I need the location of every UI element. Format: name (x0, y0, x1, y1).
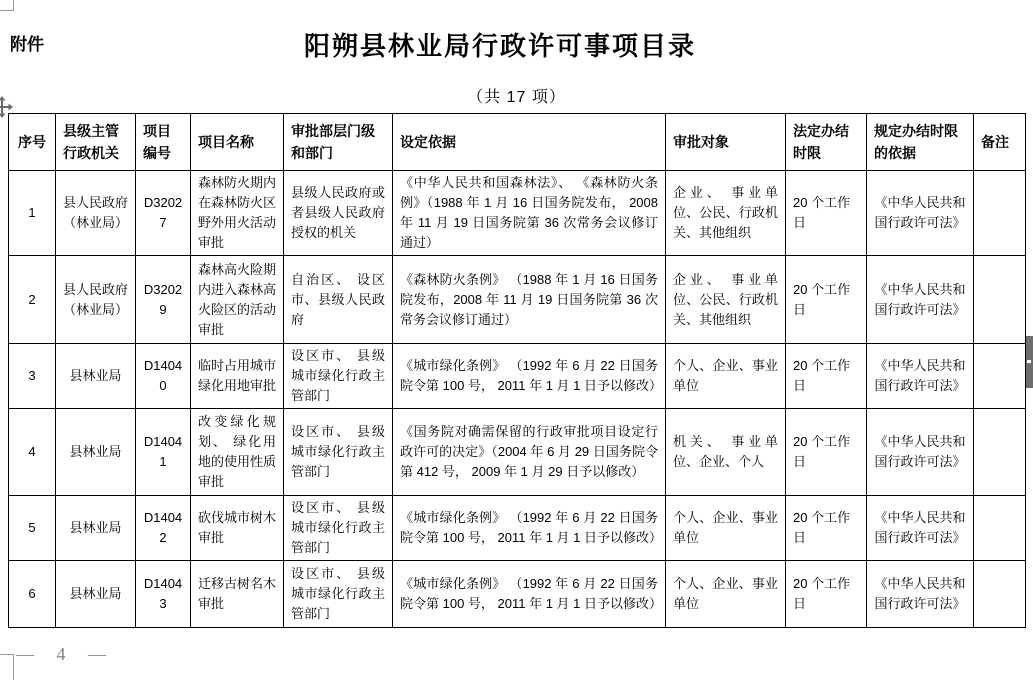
cell-seq: 6 (9, 561, 56, 628)
table-row: 3 县林业局 D14040 临时占用城市绿化用地审批 设区市、 县级城市绿化行政… (9, 344, 1026, 409)
cell-basis: 《城市绿化条例》 （1992 年 6 月 22 日国务院令第 100 号， 20… (393, 496, 666, 561)
cell-name: 改变绿化规划、 绿化用地的使用性质审批 (191, 409, 284, 496)
cell-authority: 县林业局 (56, 344, 136, 409)
licensing-table: 序号 县级主管行政机关 项目编号 项目名称 审批部层门级和部门 设定依据 审批对… (8, 113, 1026, 628)
cell-basis: 《国务院对确需保留的行政审批项目设定行政许可的决定》（2004 年 6 月 29… (393, 409, 666, 496)
cell-name: 临时占用城市绿化用地审批 (191, 344, 284, 409)
cell-note (974, 256, 1026, 344)
cell-seq: 2 (9, 256, 56, 344)
cell-time-limit: 20 个工作日 (786, 171, 867, 256)
header-level-dept: 审批部层门级和部门 (284, 114, 393, 171)
cell-level-dept: 设区市、 县级城市绿化行政主管部门 (284, 496, 393, 561)
cell-authority: 县人民政府（林业局） (56, 256, 136, 344)
header-seq: 序号 (9, 114, 56, 171)
cell-time-limit: 20 个工作日 (786, 561, 867, 628)
header-code: 项目编号 (136, 114, 191, 171)
cell-name: 迁移古树名木审批 (191, 561, 284, 628)
cell-time-basis: 《中华人民共和国行政许可法》 (867, 171, 974, 256)
cell-time-basis: 《中华人民共和国行政许可法》 (867, 256, 974, 344)
cell-level-dept: 设区市、 县级城市绿化行政主管部门 (284, 409, 393, 496)
header-note: 备注 (974, 114, 1026, 171)
cell-level-dept: 自治区、 设区市、县级人民政府 (284, 256, 393, 344)
header-row: 序号 县级主管行政机关 项目编号 项目名称 审批部层门级和部门 设定依据 审批对… (9, 114, 1026, 171)
cell-time-basis: 《中华人民共和国行政许可法》 (867, 409, 974, 496)
page-crop-mark-top (0, 0, 14, 11)
cell-code: D14040 (136, 344, 191, 409)
cell-level-dept: 设区市、 县级城市绿化行政主管部门 (284, 344, 393, 409)
cell-time-basis: 《中华人民共和国行政许可法》 (867, 496, 974, 561)
header-basis: 设定依据 (393, 114, 666, 171)
page-crop-mark-bottom (0, 654, 14, 680)
cell-name: 森林高火险期内进入森林高火险区的活动审批 (191, 256, 284, 344)
cell-target: 机关、 事业单位、企业、个人 (666, 409, 786, 496)
cell-code: D14042 (136, 496, 191, 561)
table-row: 2 县人民政府（林业局） D32029 森林高火险期内进入森林高火险区的活动审批… (9, 256, 1026, 344)
table-row: 5 县林业局 D14042 砍伐城市树木审批 设区市、 县级城市绿化行政主管部门… (9, 496, 1026, 561)
cell-level-dept: 县级人民政府或者县级人民政府授权的机关 (284, 171, 393, 256)
cell-time-limit: 20 个工作日 (786, 256, 867, 344)
cell-target: 个人、企业、事业单位 (666, 496, 786, 561)
cell-note (974, 409, 1026, 496)
cell-seq: 5 (9, 496, 56, 561)
cell-note (974, 561, 1026, 628)
table-row: 1 县人民政府（林业局） D32027 森林防火期内在森林防火区野外用火活动审批… (9, 171, 1026, 256)
cell-basis: 《城市绿化条例》 （1992 年 6 月 22 日国务院令第 100 号， 20… (393, 344, 666, 409)
page-title: 阳朔县林业局行政许可事项目录 (0, 26, 1000, 63)
page-number: — 4 — (16, 644, 115, 665)
cell-name: 森林防火期内在森林防火区野外用火活动审批 (191, 171, 284, 256)
cell-target: 个人、企业、事业单位 (666, 561, 786, 628)
cell-time-basis: 《中华人民共和国行政许可法》 (867, 344, 974, 409)
cell-level-dept: 设区市、 县级城市绿化行政主管部门 (284, 561, 393, 628)
cell-target: 企业、 事业单位、公民、行政机关、其他组织 (666, 256, 786, 344)
cell-code: D14043 (136, 561, 191, 628)
cell-seq: 3 (9, 344, 56, 409)
cell-authority: 县林业局 (56, 496, 136, 561)
cell-basis: 《中华人民共和国森林法》、 《森林防火条例》（1988 年 1 月 16 日国务… (393, 171, 666, 256)
header-name: 项目名称 (191, 114, 284, 171)
cell-authority: 县林业局 (56, 409, 136, 496)
cell-target: 企业、 事业单位、公民、行政机关、其他组织 (666, 171, 786, 256)
header-time-limit: 法定办结时限 (786, 114, 867, 171)
header-time-basis: 规定办结时限的依据 (867, 114, 974, 171)
cell-basis: 《森林防火条例》 （1988 年 1 月 16 日国务院发布，2008 年 11… (393, 256, 666, 344)
cell-note (974, 171, 1026, 256)
table-row: 4 县林业局 D14041 改变绿化规划、 绿化用地的使用性质审批 设区市、 县… (9, 409, 1026, 496)
cell-seq: 1 (9, 171, 56, 256)
cell-note (974, 496, 1026, 561)
cell-time-basis: 《中华人民共和国行政许可法》 (867, 561, 974, 628)
cell-authority: 县人民政府（林业局） (56, 171, 136, 256)
cell-time-limit: 20 个工作日 (786, 496, 867, 561)
header-authority: 县级主管行政机关 (56, 114, 136, 171)
cell-time-limit: 20 个工作日 (786, 344, 867, 409)
cell-code: D32027 (136, 171, 191, 256)
cell-authority: 县林业局 (56, 561, 136, 628)
cell-note (974, 344, 1026, 409)
cell-target: 个人、企业、事业单位 (666, 344, 786, 409)
cell-code: D32029 (136, 256, 191, 344)
cell-time-limit: 20 个工作日 (786, 409, 867, 496)
cell-seq: 4 (9, 409, 56, 496)
cell-name: 砍伐城市树木审批 (191, 496, 284, 561)
scrollbar-notch (1027, 360, 1031, 363)
cell-basis: 《城市绿化条例》 （1992 年 6 月 22 日国务院令第 100 号， 20… (393, 561, 666, 628)
header-target: 审批对象 (666, 114, 786, 171)
table-row: 6 县林业局 D14043 迁移古树名木审批 设区市、 县级城市绿化行政主管部门… (9, 561, 1026, 628)
cell-code: D14041 (136, 409, 191, 496)
item-count-subtitle: （共 17 项） (0, 84, 1033, 107)
scrollbar-thumb[interactable] (1026, 336, 1033, 388)
